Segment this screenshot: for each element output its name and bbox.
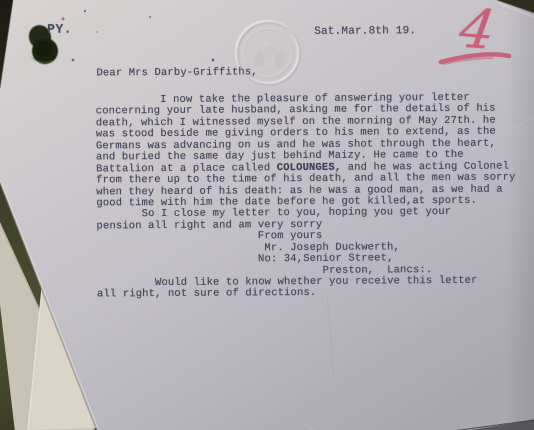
handwritten-page-number: 4: [442, 2, 513, 57]
salutation: Dear Mrs Darby-Griffiths,: [96, 66, 257, 79]
photograph-of-typed-letter: PY. Sat.Mar.8th 19. 4 Dear Mrs Darby-Gri…: [0, 0, 534, 430]
body-line: all right, not sure of directions.: [97, 287, 516, 301]
copy-stamp: PY.: [47, 22, 72, 37]
date-line: Sat.Mar.8th 19.: [314, 25, 416, 38]
letter-text-layer: PY. Sat.Mar.8th 19. 4 Dear Mrs Darby-Gri…: [0, 0, 534, 430]
letter-body: I now take the pleasure of answering you…: [96, 92, 517, 301]
